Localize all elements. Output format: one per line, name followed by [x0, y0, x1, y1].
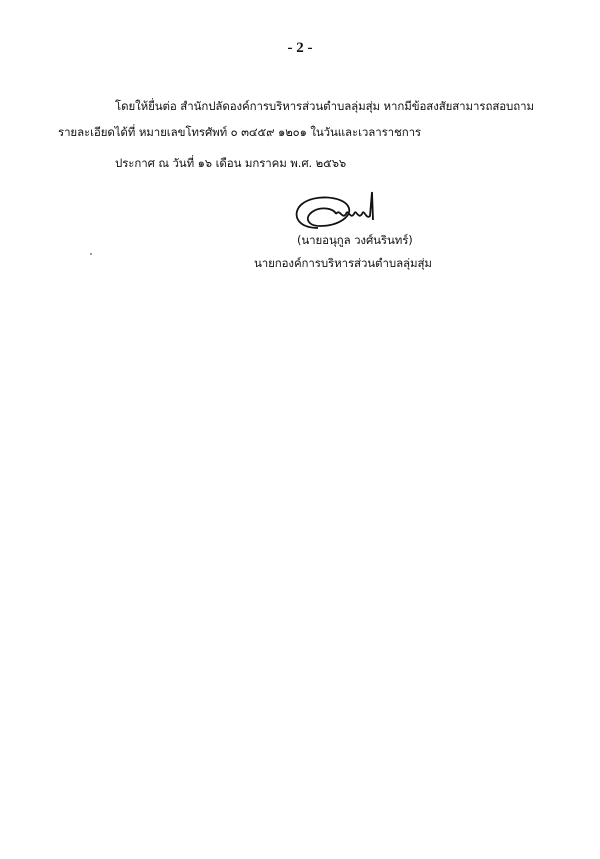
announcement-date: ประกาศ ณ วันที่ ๑๖ เดือน มกราคม พ.ศ. ๒๕๖… — [115, 155, 346, 173]
paragraph-line-2: รายละเอียดได้ที่ หมายเลขโทรศัพท์ ๐ ๓๔๕๙ … — [58, 124, 421, 142]
signature-image — [290, 190, 420, 235]
scan-speck — [90, 253, 92, 255]
signatory-position: นายกองค์การบริหารส่วนตำบลลุ่มสุ่ม — [254, 255, 432, 273]
page-number: - 2 - — [0, 40, 600, 57]
signatory-name: (นายอนุกูล วงศ์นรินทร์) — [297, 232, 413, 250]
paragraph-line-1: โดยให้ยื่นต่อ สำนักปลัดองค์การบริหารส่วน… — [115, 98, 534, 116]
